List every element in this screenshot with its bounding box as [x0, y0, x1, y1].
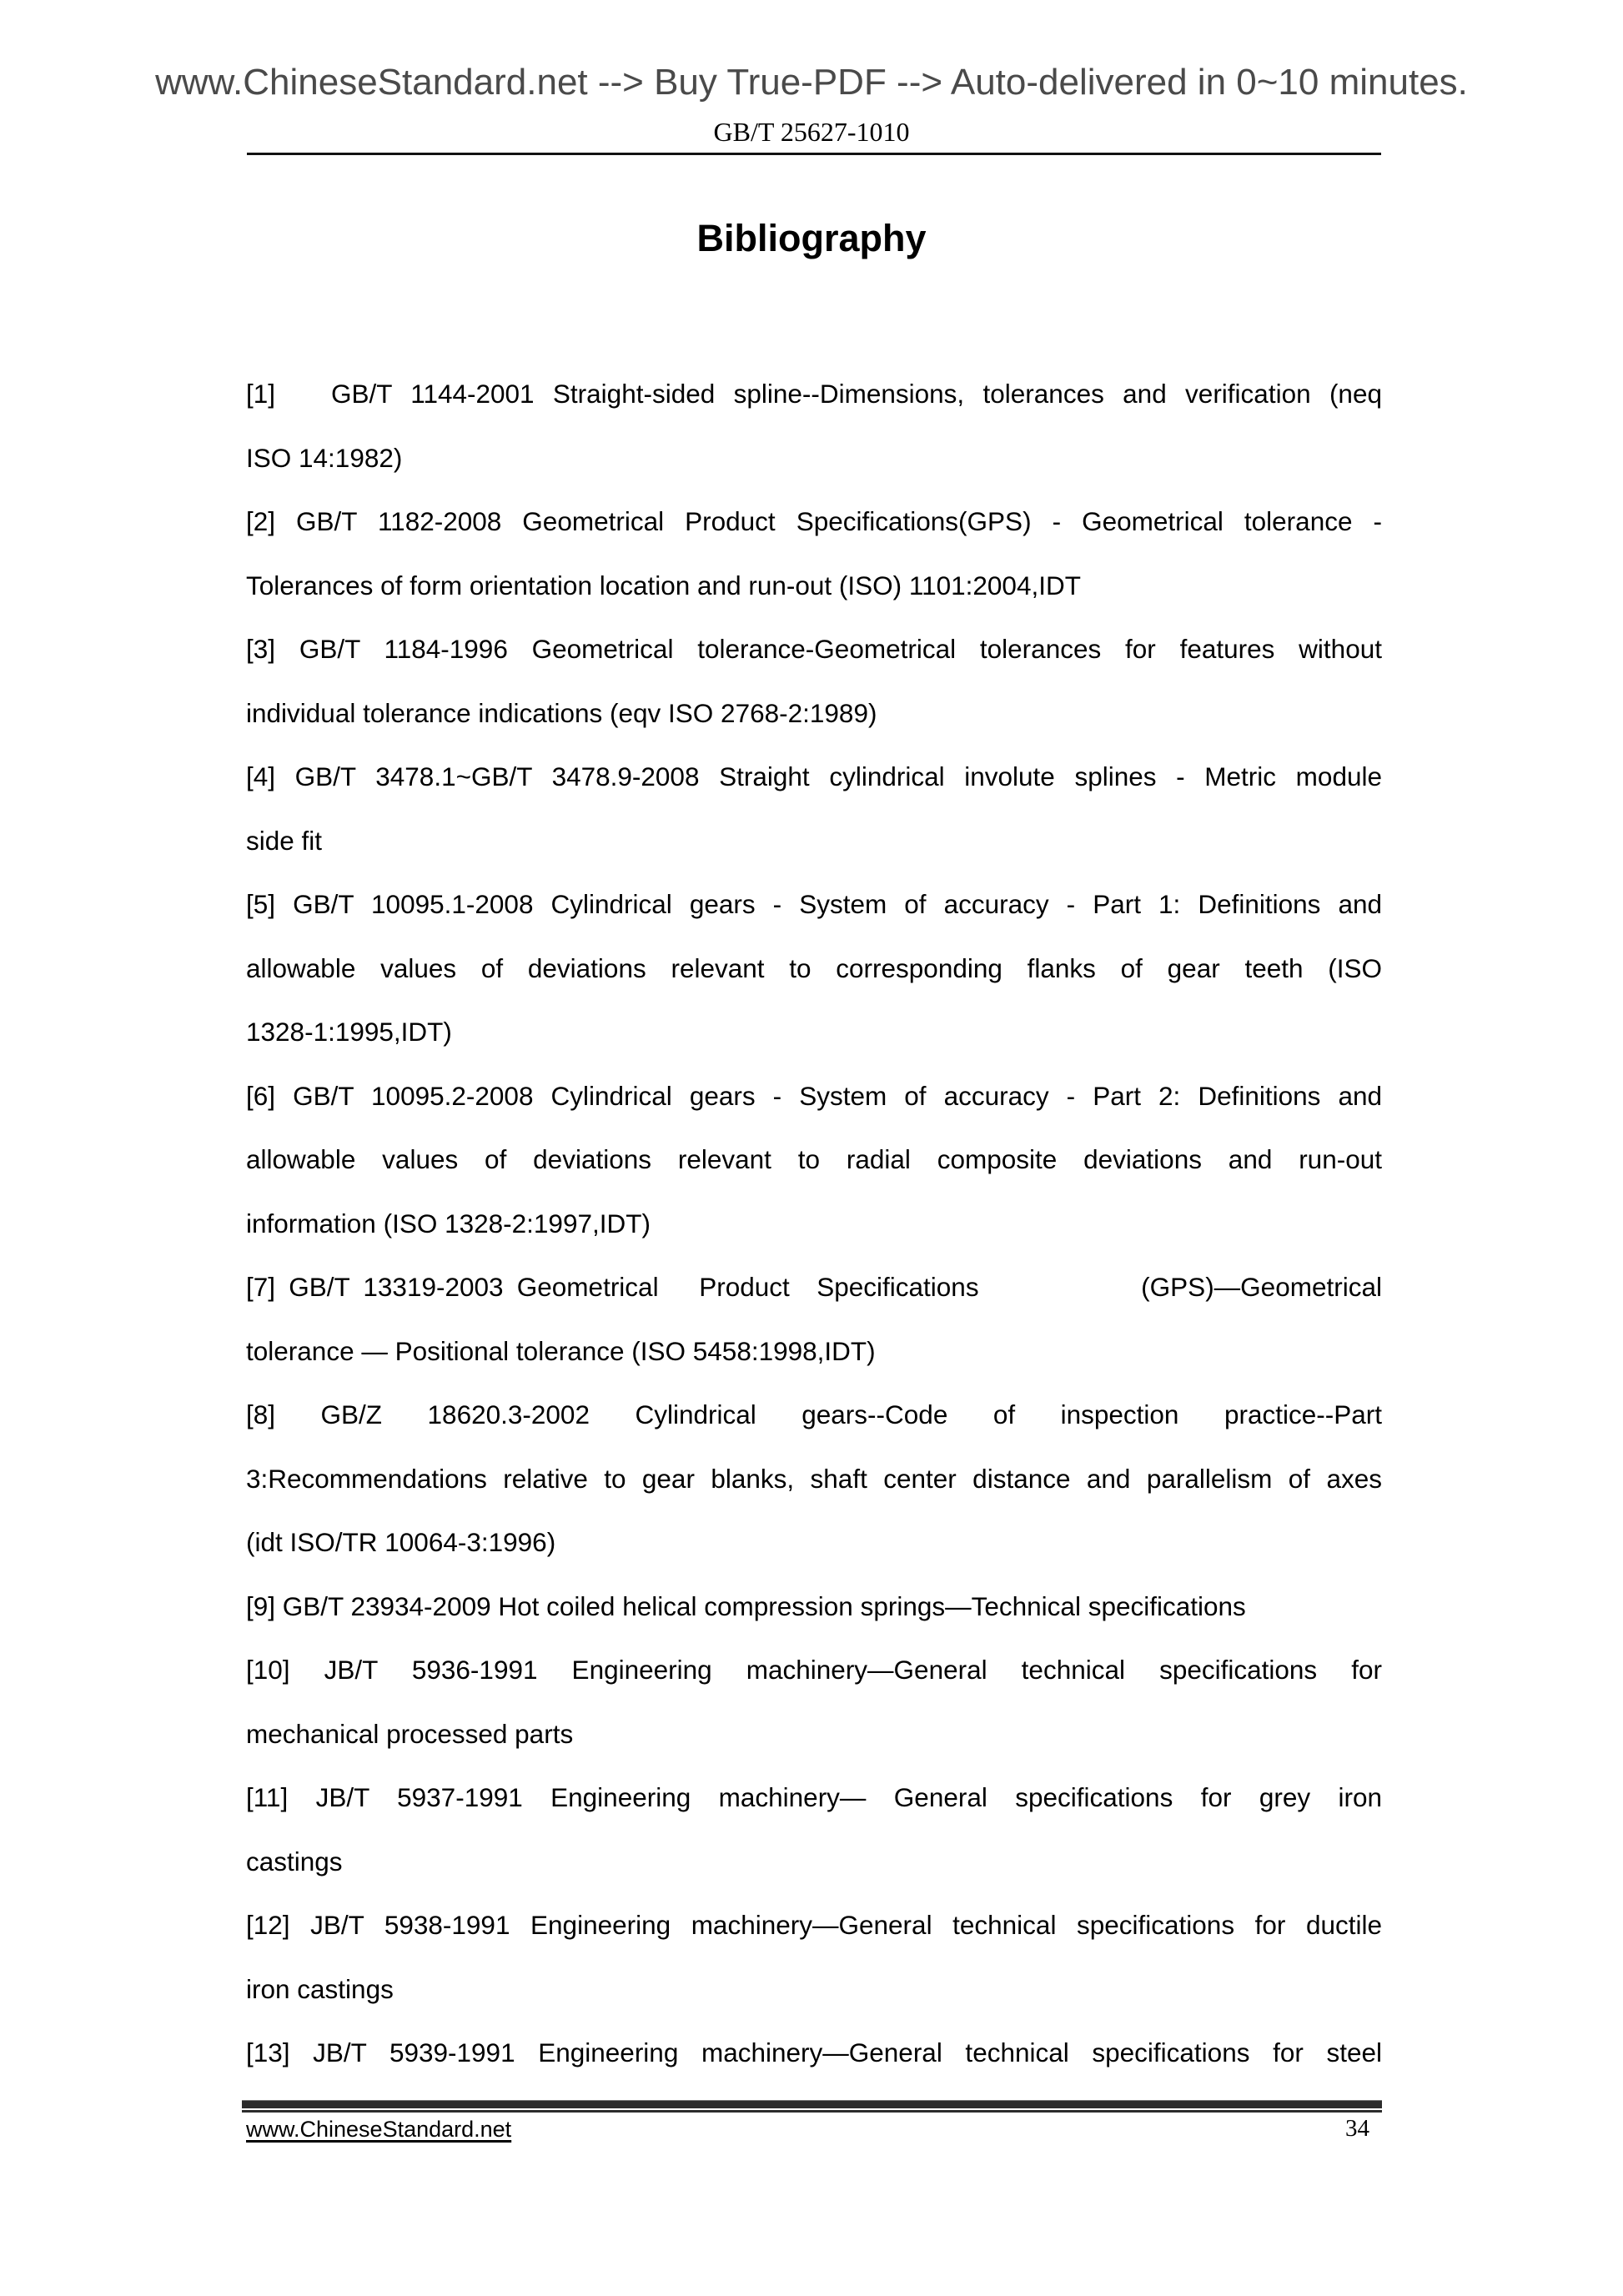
- bibliography-line: allowable values of deviations relevant …: [246, 937, 1382, 1001]
- bibliography-entry: [10] JB/T 5936-1991 Engineering machiner…: [246, 1638, 1382, 1766]
- bibliography-line: [7] GB/T 13319-2003 Geometrical Product …: [246, 1255, 1382, 1319]
- bibliography-entry: [5] GB/T 10095.1-2008 Cylindrical gears …: [246, 872, 1382, 1064]
- bibliography-list: [1] GB/T 1144-2001 Straight-sided spline…: [246, 362, 1382, 2085]
- bibliography-line: [12] JB/T 5938-1991 Engineering machiner…: [246, 1893, 1382, 1957]
- bibliography-line: 3:Recommendations relative to gear blank…: [246, 1447, 1382, 1511]
- bibliography-entry: [4] GB/T 3478.1~GB/T 3478.9-2008 Straigh…: [246, 745, 1382, 872]
- footer-website-link[interactable]: www.ChineseStandard.net: [246, 2116, 511, 2143]
- bibliography-line: individual tolerance indications (eqv IS…: [246, 681, 1382, 746]
- page-number: 34: [1301, 2115, 1369, 2142]
- footer-divider-thick: [242, 2100, 1382, 2108]
- header-divider: [247, 153, 1381, 155]
- bibliography-entry: [9] GB/T 23934-2009 Hot coiled helical c…: [246, 1575, 1382, 1639]
- bibliography-line: tolerance — Positional tolerance (ISO 54…: [246, 1319, 1382, 1384]
- bibliography-line: [13] JB/T 5939-1991 Engineering machiner…: [246, 2021, 1382, 2085]
- bibliography-entry: [6] GB/T 10095.2-2008 Cylindrical gears …: [246, 1064, 1382, 1256]
- bibliography-entry: [12] JB/T 5938-1991 Engineering machiner…: [246, 1893, 1382, 2021]
- bibliography-line: [3] GB/T 1184-1996 Geometrical tolerance…: [246, 617, 1382, 681]
- bibliography-entry: [8] GB/Z 18620.3-2002 Cylindrical gears-…: [246, 1383, 1382, 1575]
- bibliography-line: [1] GB/T 1144-2001 Straight-sided spline…: [246, 362, 1382, 426]
- bibliography-entry: [3] GB/T 1184-1996 Geometrical tolerance…: [246, 617, 1382, 745]
- page-title: Bibliography: [0, 215, 1623, 262]
- footer-divider-thin: [242, 2110, 1382, 2113]
- bibliography-line: mechanical processed parts: [246, 1702, 1382, 1766]
- bibliography-entry: [13] JB/T 5939-1991 Engineering machiner…: [246, 2021, 1382, 2085]
- bibliography-entry: [2] GB/T 1182-2008 Geometrical Product S…: [246, 490, 1382, 617]
- bibliography-line: [4] GB/T 3478.1~GB/T 3478.9-2008 Straigh…: [246, 745, 1382, 809]
- bibliography-line: [11] JB/T 5937-1991 Engineering machiner…: [246, 1766, 1382, 1830]
- bibliography-line: [10] JB/T 5936-1991 Engineering machiner…: [246, 1638, 1382, 1702]
- bibliography-line: [2] GB/T 1182-2008 Geometrical Product S…: [246, 490, 1382, 554]
- bibliography-line: Tolerances of form orientation location …: [246, 554, 1382, 618]
- bibliography-entry: [11] JB/T 5937-1991 Engineering machiner…: [246, 1766, 1382, 1893]
- bibliography-line: information (ISO 1328-2:1997,IDT): [246, 1192, 1382, 1256]
- document-code: GB/T 25627-1010: [0, 117, 1623, 147]
- bibliography-line: side fit: [246, 809, 1382, 873]
- bibliography-line: allowable values of deviations relevant …: [246, 1128, 1382, 1192]
- bibliography-line: [9] GB/T 23934-2009 Hot coiled helical c…: [246, 1575, 1382, 1639]
- bibliography-line: [6] GB/T 10095.2-2008 Cylindrical gears …: [246, 1064, 1382, 1128]
- bibliography-line: ISO 14:1982): [246, 426, 1382, 490]
- bibliography-line: [8] GB/Z 18620.3-2002 Cylindrical gears-…: [246, 1383, 1382, 1447]
- bibliography-line: [5] GB/T 10095.1-2008 Cylindrical gears …: [246, 872, 1382, 937]
- bibliography-line: (idt ISO/TR 10064-3:1996): [246, 1510, 1382, 1575]
- bibliography-line: 1328-1:1995,IDT): [246, 1000, 1382, 1064]
- bibliography-entry: [1] GB/T 1144-2001 Straight-sided spline…: [246, 362, 1382, 490]
- promo-banner: www.ChineseStandard.net --> Buy True-PDF…: [0, 62, 1623, 103]
- bibliography-line: iron castings: [246, 1957, 1382, 2022]
- bibliography-line: castings: [246, 1830, 1382, 1894]
- bibliography-entry: [7] GB/T 13319-2003 Geometrical Product …: [246, 1255, 1382, 1383]
